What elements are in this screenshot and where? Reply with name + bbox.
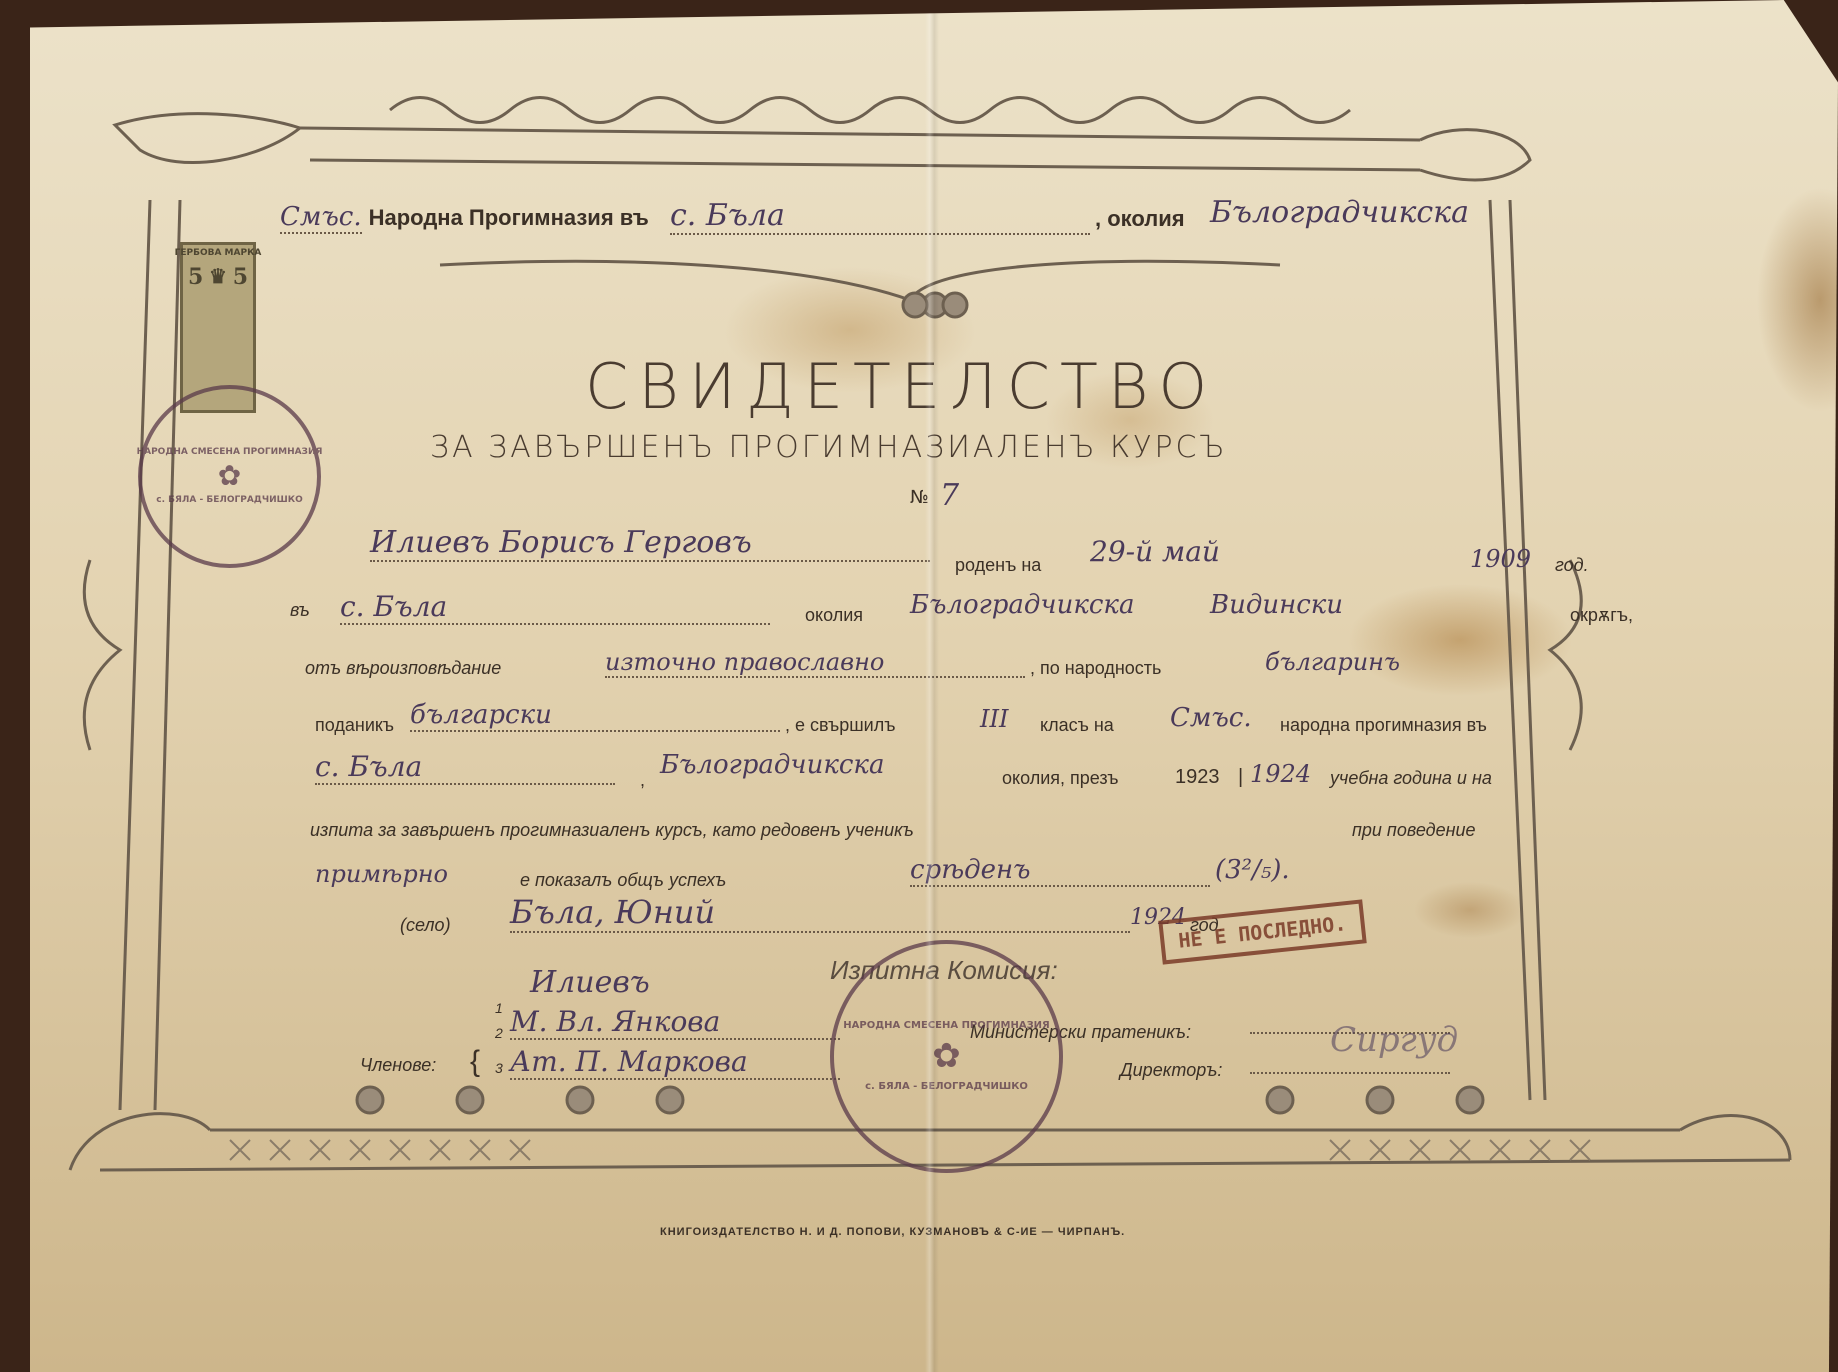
class-label: класъ на (1040, 715, 1114, 736)
district-value: Бълоградчикска (910, 590, 1134, 620)
exam-text: изпита за завършенъ прогимназиаленъ курс… (310, 820, 914, 841)
certificate-number: 7 (940, 478, 959, 513)
school-year-label: учебна година и на (1330, 768, 1492, 789)
publisher-imprint: КНИГОИЗДАТЕЛСТВО Н. И Д. ПОПОВИ, КУЗМАНО… (660, 1226, 1125, 1238)
school-year-from: 1923 (1175, 766, 1220, 789)
revenue-stamp-value-right: 5 (233, 264, 248, 290)
place-prefix: въ (290, 600, 310, 621)
citizenship-label: поданикъ (315, 715, 394, 736)
header-district: Бълоградчикска (1210, 195, 1469, 230)
header-village: с. Бъла (670, 198, 1090, 235)
birth-date: 29-й май (1090, 535, 1220, 568)
grade-value: III (980, 705, 1008, 733)
religion-label: отъ вѣроизповѣдание (305, 658, 501, 679)
school-place: с. Бъла (315, 750, 615, 785)
school-district: Бълоградчикска (660, 750, 884, 780)
school-seal-center: НАРОДНА СМЕСЕНА ПРОГИМНАЗИЯ ✿ с. БЯЛА - … (830, 940, 1063, 1173)
members-label: Членове: (360, 1055, 436, 1076)
certificate-paper: ГЕРБОВА МАРКА 5 ♛ 5 НАРОДНА СМЕСЕНА ПРОГ… (30, 0, 1838, 1372)
student-name: Илиевъ Борисъ Герговъ (370, 525, 930, 562)
document-title: СВИДЕТЕЛСТВО (585, 350, 1217, 423)
chair-number: 1 (495, 1000, 503, 1016)
conduct-value: примѣрно (315, 860, 448, 888)
member-number: 2 (495, 1025, 503, 1041)
comma-separator: , (640, 770, 645, 791)
school-printed-label: Народна Прогимназия въ (369, 205, 649, 230)
school-label: народна прогимназия въ (1280, 715, 1487, 736)
seal-emblem-icon: ✿ (137, 458, 323, 494)
issue-place-date: Бъла, Юний (510, 893, 1130, 933)
member-signature: М. Вл. Янкова (510, 1005, 840, 1040)
member-signature: Ат. П. Маркова (510, 1045, 840, 1080)
chair-signature: Илиевъ (530, 965, 650, 1000)
seal-emblem-icon: ✿ (843, 1033, 1050, 1081)
nationality-label: , по народность (1030, 658, 1161, 679)
document-subtitle: ЗА ЗАВЪРШЕНЪ ПРОГИМНАЗИАЛЕНЪ КУРСЪ (430, 430, 1227, 465)
director-signature: Сиргуд (1330, 1020, 1458, 1060)
coat-of-arms-icon: ♛ (209, 264, 227, 290)
seal-text-top: НАРОДНА СМЕСЕНА ПРОГИМНАЗИЯ (843, 1019, 1050, 1033)
success-value: срѣденъ (910, 855, 1210, 887)
nationality-value: българинъ (1265, 648, 1400, 676)
seal-text-bottom: с. БЯЛА - БЕЛОГРАДЧИШКО (843, 1080, 1050, 1094)
school-seal-left: НАРОДНА СМЕСЕНА ПРОГИМНАЗИЯ ✿ с. БЯЛА - … (138, 385, 321, 568)
header-line: Смъс. Народна Прогимназия въ (280, 202, 649, 234)
citizenship-value: български (410, 700, 780, 732)
header-district-label: , околия (1095, 206, 1185, 232)
year-label: год. (1555, 555, 1589, 576)
religion-value: източно православно (605, 648, 1025, 678)
member-number: 3 (495, 1060, 503, 1076)
number-label: № (910, 487, 929, 508)
director-label: Директоръ: (1120, 1060, 1222, 1081)
birth-place: с. Бъла (340, 590, 770, 625)
success-score: (3²/₅). (1215, 855, 1290, 885)
school-type-handwritten: Смъс. (280, 202, 362, 234)
members-brace: { (470, 1045, 480, 1079)
born-label: роденъ на (955, 555, 1041, 576)
director-signature-line (1250, 1072, 1450, 1074)
conduct-label: при поведение (1352, 820, 1476, 841)
birth-year: 1909 (1470, 545, 1531, 573)
school-year-to: 1924 (1250, 760, 1311, 788)
seal-text-top: НАРОДНА СМЕСЕНА ПРОГИМНАЗИЯ (137, 447, 323, 459)
success-label: е показалъ общъ успехъ (520, 870, 726, 891)
year-separator: | (1238, 766, 1243, 789)
place-label: (село) (400, 915, 451, 936)
region-value: Видински (1210, 590, 1343, 620)
region-label: окрѫгъ, (1570, 605, 1633, 626)
district-label: околия (805, 605, 863, 626)
seal-text-bottom: с. БЯЛА - БЕЛОГРАДЧИШКО (137, 495, 323, 507)
school-district-label: околия, презъ (1002, 768, 1119, 789)
school-type-value: Смъс. (1170, 703, 1252, 733)
revenue-stamp-label: ГЕРБОВА МАРКА (175, 248, 262, 258)
completed-label: , е свършилъ (785, 715, 896, 736)
revenue-stamp-value-left: 5 (188, 264, 203, 290)
